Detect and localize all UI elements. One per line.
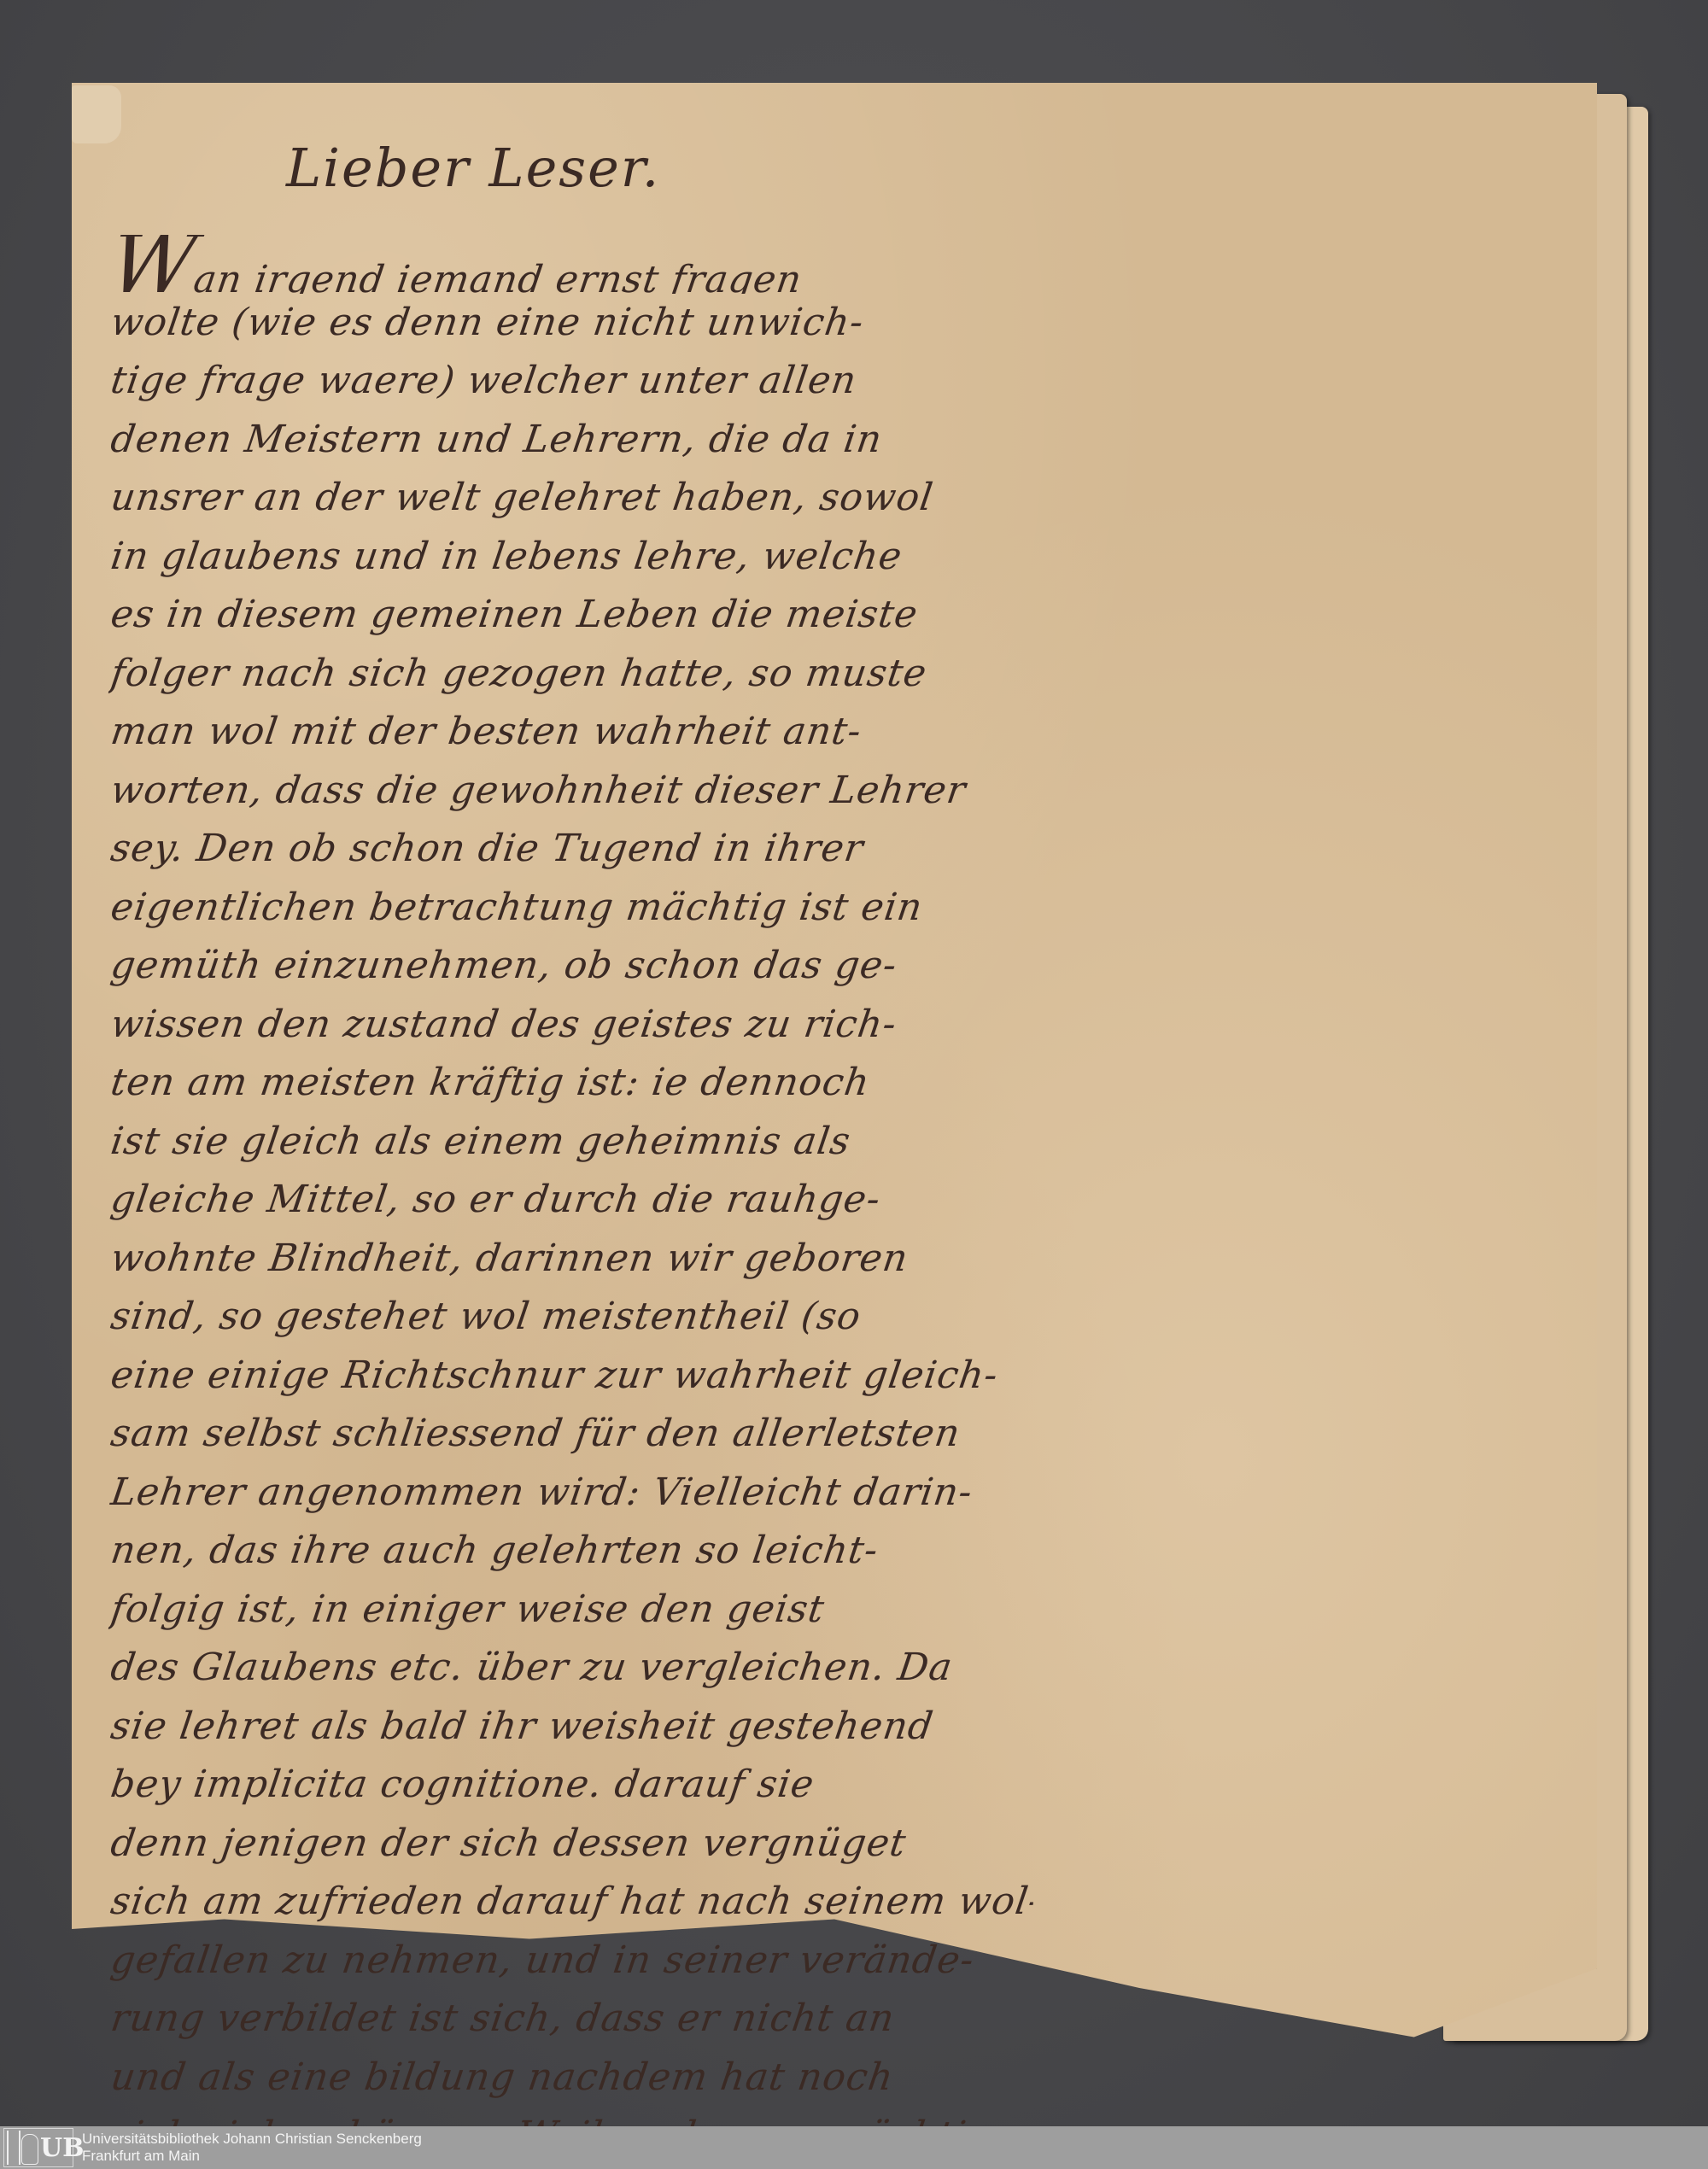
text-line: nen, das ihre auch gelehrten so leicht- <box>107 1522 1038 1581</box>
text-line: folgig ist, in einiger weise den geist <box>107 1581 1038 1640</box>
text-line: denn jenigen der sich dessen vergnüget <box>107 1815 1038 1874</box>
text-line: es in diesem gemeinen Leben die meiste <box>107 586 1038 645</box>
text-line: eigentlichen betrachtung mächtig ist ein <box>107 879 1038 938</box>
ub-logo-icon: UB <box>3 2128 73 2167</box>
text-line: in glaubens und in lebens lehre, welche <box>107 528 1038 587</box>
footer-credit: Universitätsbibliothek Johann Christian … <box>82 2131 422 2165</box>
library-footer-bar: UB Universitätsbibliothek Johann Christi… <box>0 2126 1708 2169</box>
manuscript-text: Wan irgend iemand ernst fragen wolte (wi… <box>111 235 1033 2166</box>
text-line: wolte (wie es denn eine nicht unwich- <box>107 294 1038 353</box>
text-line: gleiche Mittel, so er durch die rauhge- <box>107 1171 1038 1230</box>
text-line: sam selbst schliessend für den allerlets… <box>107 1405 1038 1464</box>
text-line: tige frage waere) welcher unter allen <box>107 352 1038 411</box>
text-line: gemüth einzunehmen, ob schon das ge- <box>107 937 1038 996</box>
text-line: eine einige Richtschnur zur wahrheit gle… <box>107 1347 1038 1406</box>
senckenberg-portrait-icon <box>21 2134 38 2165</box>
text-line: sind, so gestehet wol meistentheil (so <box>107 1288 1038 1347</box>
text-line: ten am meisten kräftig ist: ie dennoch <box>107 1054 1038 1113</box>
text-line: ist sie gleich als einem geheimnis als <box>107 1113 1038 1172</box>
text-line: des Glaubens etc. über zu vergleichen. D… <box>107 1639 1038 1698</box>
salutation: Lieber Leser. <box>286 137 660 199</box>
book-spines-icon <box>7 2131 20 2165</box>
ub-logo-text: UB <box>40 2134 85 2163</box>
text-line: gefallen zu nehmen, und in seiner veränd… <box>107 1932 1038 1991</box>
text-line: Wan irgend iemand ernst fragen <box>107 235 1038 294</box>
text-line: sich am zufrieden darauf hat nach seinem… <box>107 1873 1038 1932</box>
text-line: unsrer an der welt gelehret haben, sowol <box>107 469 1038 528</box>
institution-name: Universitätsbibliothek Johann Christian … <box>82 2131 422 2148</box>
text-line: worten, dass die gewohnheit dieser Lehre… <box>107 762 1038 821</box>
torn-corner <box>72 85 121 143</box>
text-line: sie lehret als bald ihr weisheit gestehe… <box>107 1698 1038 1757</box>
text-line: folger nach sich gezogen hatte, so muste <box>107 645 1038 704</box>
institution-location: Frankfurt am Main <box>82 2148 422 2165</box>
text-line: denen Meistern und Lehrern, die da in <box>107 411 1038 470</box>
text-line: man wol mit der besten wahrheit ant- <box>107 703 1038 762</box>
text-line: sey. Den ob schon die Tugend in ihrer <box>107 820 1038 879</box>
text-line: bey implicita cognitione. darauf sie <box>107 1756 1038 1815</box>
text-line: Lehrer angenommen wird: Vielleicht darin… <box>107 1464 1038 1523</box>
text-line: rung verbildet ist sich, dass er nicht a… <box>107 1990 1038 2049</box>
text-line: wissen den zustand des geistes zu rich- <box>107 996 1038 1055</box>
text-line: und als eine bildung nachdem hat noch <box>107 2049 1038 2108</box>
text-line: wohnte Blindheit, darinnen wir geboren <box>107 1230 1038 1289</box>
